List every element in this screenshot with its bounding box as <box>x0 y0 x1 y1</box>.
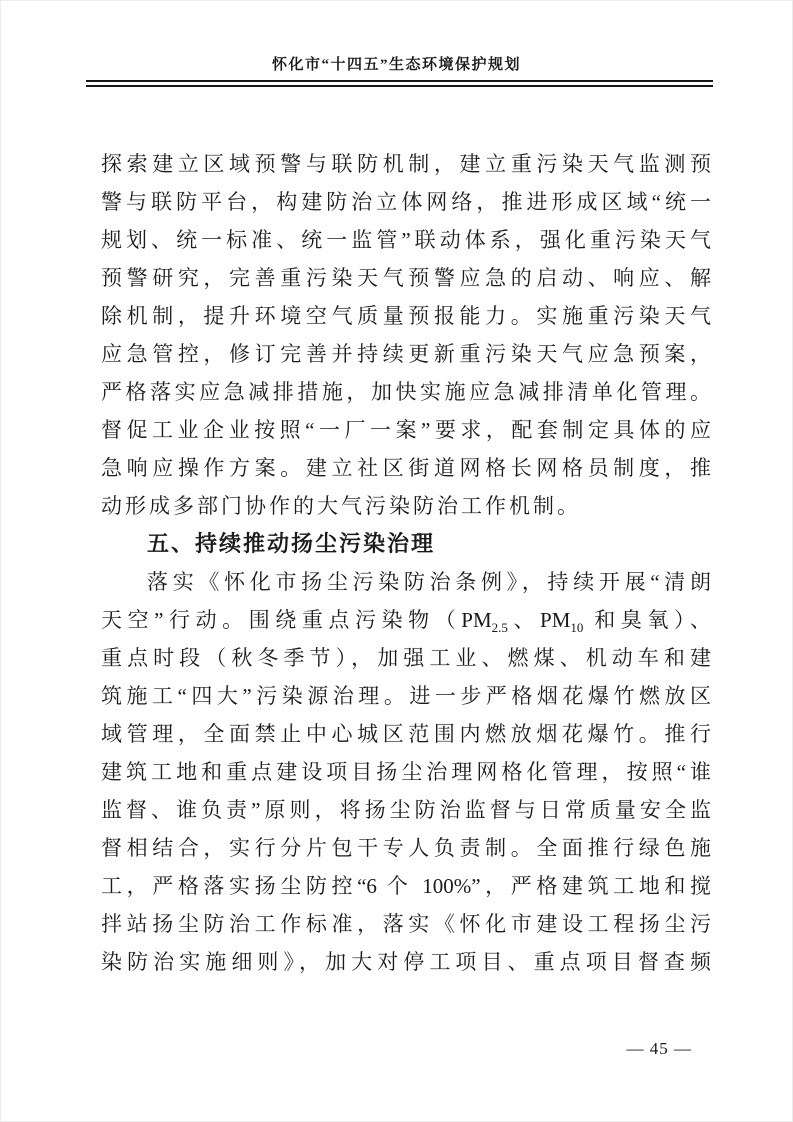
text-line: 拌站扬尘防治工作标准，落实《怀化市建设工程扬尘污 <box>101 905 711 943</box>
text-line: 监督、谁负责”原则，将扬尘防治监督与日常质量安全监 <box>101 791 711 829</box>
text-line: 落实《怀化市扬尘污染防治条例》，持续开展“清朗 <box>101 563 711 601</box>
text-line: 应急管控，修订完善并持续更新重污染天气应急预案， <box>101 335 711 373</box>
document-page: 怀化市“十四五”生态环境保护规划 探索建立区域预警与联防机制，建立重污染天气监测… <box>0 0 793 1122</box>
text-line: 染防治实施细则》，加大对停工项目、重点项目督查频 <box>101 943 711 981</box>
section-heading: 五、持续推动扬尘污染治理 <box>101 525 711 563</box>
paragraph: 落实《怀化市扬尘污染防治条例》，持续开展“清朗天空”行动。围绕重点污染物（PM2… <box>101 563 711 981</box>
text-line: 重点时段（秋冬季节），加强工业、燃煤、机动车和建 <box>101 639 711 677</box>
text-line: 警与联防平台，构建防治立体网络，推进形成区域“统一 <box>101 183 711 221</box>
text-line: 天空”行动。围绕重点污染物（PM2.5、PM10 和臭氧）、 <box>101 601 711 639</box>
body-content: 探索建立区域预警与联防机制，建立重污染天气监测预警与联防平台，构建防治立体网络，… <box>101 145 711 981</box>
text-line: 督促工业企业按照“一厂一案”要求，配套制定具体的应 <box>101 411 711 449</box>
page-header-title: 怀化市“十四五”生态环境保护规划 <box>1 53 792 74</box>
text-line: 督相结合，实行分片包干专人负责制。全面推行绿色施 <box>101 829 711 867</box>
text-line: 规划、统一标准、统一监管”联动体系，强化重污染天气 <box>101 221 711 259</box>
text-line: 建筑工地和重点建设项目扬尘治理网格化管理，按照“谁 <box>101 753 711 791</box>
text-line: 工，严格落实扬尘防控“6 个 100%”，严格建筑工地和搅 <box>101 867 711 905</box>
text-line: 预警研究，完善重污染天气预警应急的启动、响应、解 <box>101 259 711 297</box>
text-line: 严格落实应急减排措施，加快实施应急减排清单化管理。 <box>101 373 711 411</box>
page-number: — 45 — <box>627 1039 693 1059</box>
text-line: 动形成多部门协作的大气污染防治工作机制。 <box>101 487 711 525</box>
text-line: 筑施工“四大”污染源治理。进一步严格烟花爆竹燃放区 <box>101 677 711 715</box>
header-double-rule <box>86 80 713 87</box>
text-line: 探索建立区域预警与联防机制，建立重污染天气监测预 <box>101 145 711 183</box>
paragraph: 探索建立区域预警与联防机制，建立重污染天气监测预警与联防平台，构建防治立体网络，… <box>101 145 711 525</box>
text-line: 除机制，提升环境空气质量预报能力。实施重污染天气 <box>101 297 711 335</box>
text-line: 域管理，全面禁止中心城区范围内燃放烟花爆竹。推行 <box>101 715 711 753</box>
text-line: 急响应操作方案。建立社区街道网格长网格员制度，推 <box>101 449 711 487</box>
